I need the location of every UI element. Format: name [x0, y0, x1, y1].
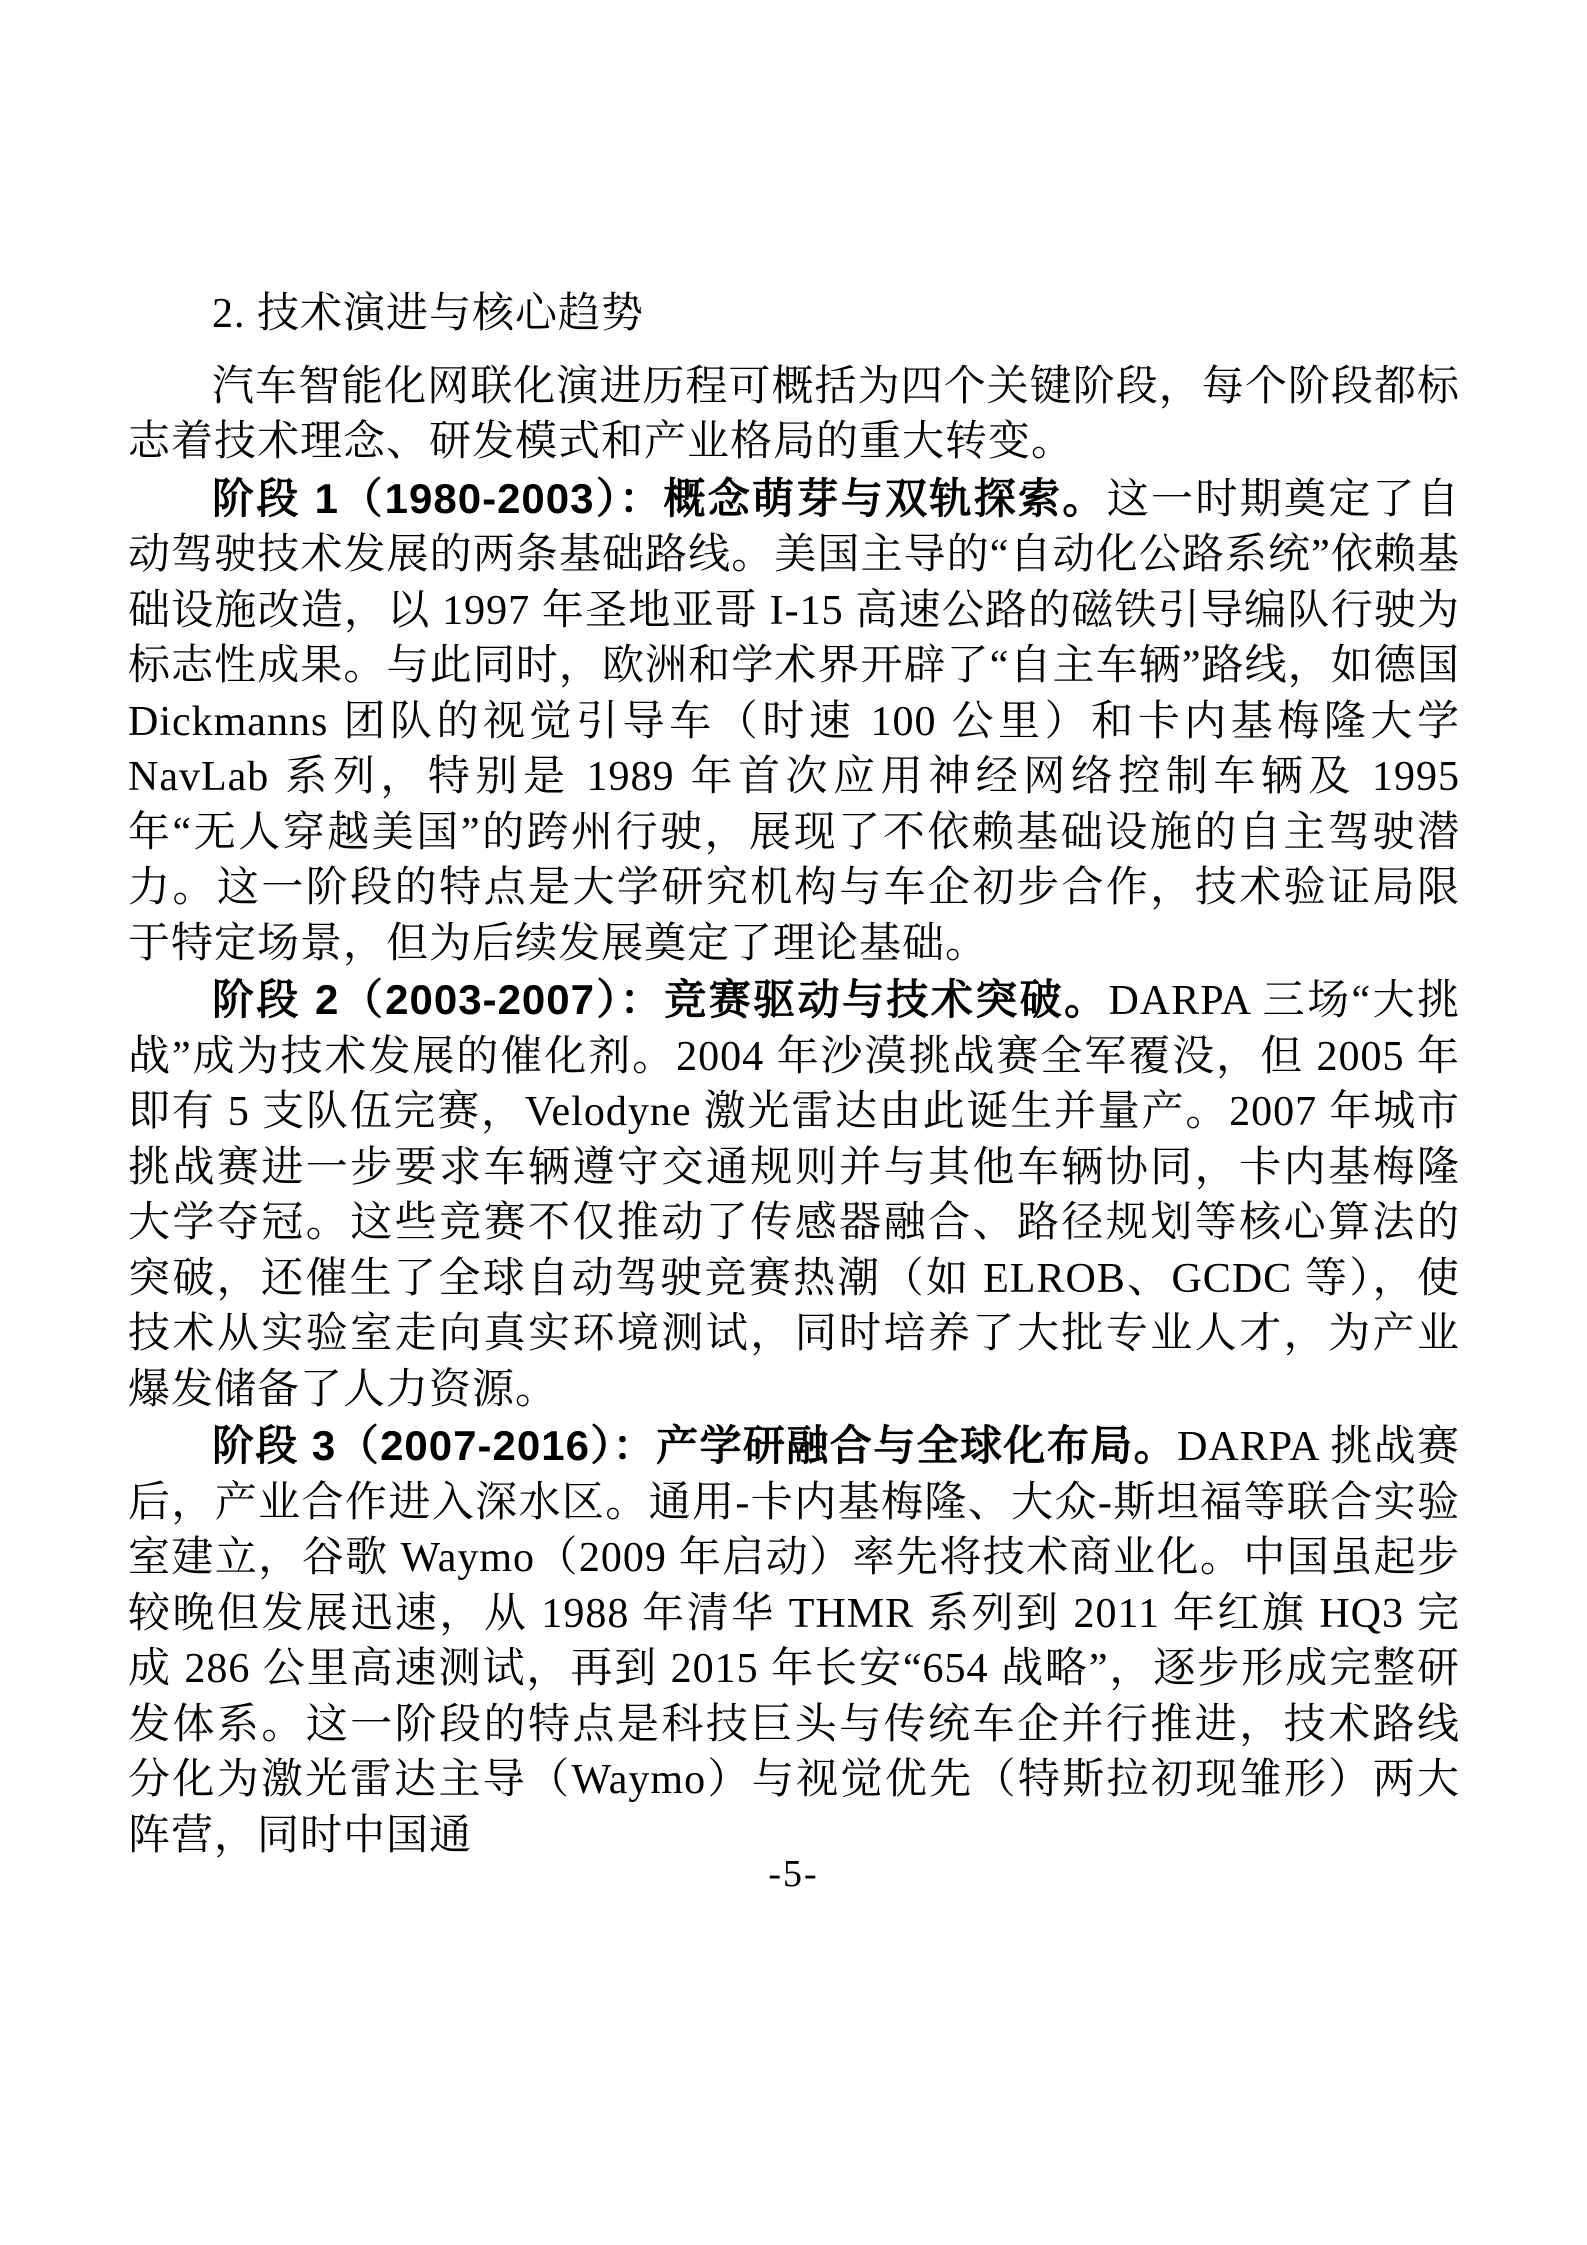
page-content: 2. 技术演进与核心趋势 汽车智能化网联化演进历程可概括为四个关键阶段，每个阶段… — [128, 287, 1460, 1864]
paragraph-lead: 阶段 1（1980-2003）：概念萌芽与双轨探索。 — [212, 475, 1107, 522]
paragraph-stage-1: 阶段 1（1980-2003）：概念萌芽与双轨探索。这一时期奠定了自动驾驶技术发… — [128, 471, 1460, 973]
paragraph-lead: 阶段 2（2003-2007）：竞赛驱动与技术突破。 — [212, 976, 1109, 1023]
paragraph-text: 这一时期奠定了自动驾驶技术发展的两条基础路线。美国主导的“自动化公路系统”依赖基… — [128, 477, 1460, 967]
paragraph-intro: 汽车智能化网联化演进历程可概括为四个关键阶段，每个阶段都标志着技术理念、研发模式… — [128, 360, 1460, 471]
paragraph-stage-3: 阶段 3（2007-2016）：产学研融合与全球化布局。DARPA 挑战赛后，产… — [128, 1418, 1460, 1864]
paragraph-text: 汽车智能化网联化演进历程可概括为四个关键阶段，每个阶段都标志着技术理念、研发模式… — [128, 364, 1460, 466]
section-heading: 2. 技术演进与核心趋势 — [128, 287, 1460, 343]
paragraph-text: DARPA 挑战赛后，产业合作进入深水区。通用-卡内基梅隆、大众-斯坦福等联合实… — [128, 1424, 1460, 1859]
paragraph-lead: 阶段 3（2007-2016）：产学研融合与全球化布局。 — [212, 1422, 1177, 1469]
paragraph-stage-2: 阶段 2（2003-2007）：竞赛驱动与技术突破。DARPA 三场“大挑战”成… — [128, 972, 1460, 1418]
document-page: 2. 技术演进与核心趋势 汽车智能化网联化演进历程可概括为四个关键阶段，每个阶段… — [0, 0, 1587, 2245]
paragraph-text: DARPA 三场“大挑战”成为技术发展的催化剂。2004 年沙漠挑战赛全军覆没，… — [128, 978, 1460, 1413]
page-number: -5- — [0, 1852, 1587, 1896]
